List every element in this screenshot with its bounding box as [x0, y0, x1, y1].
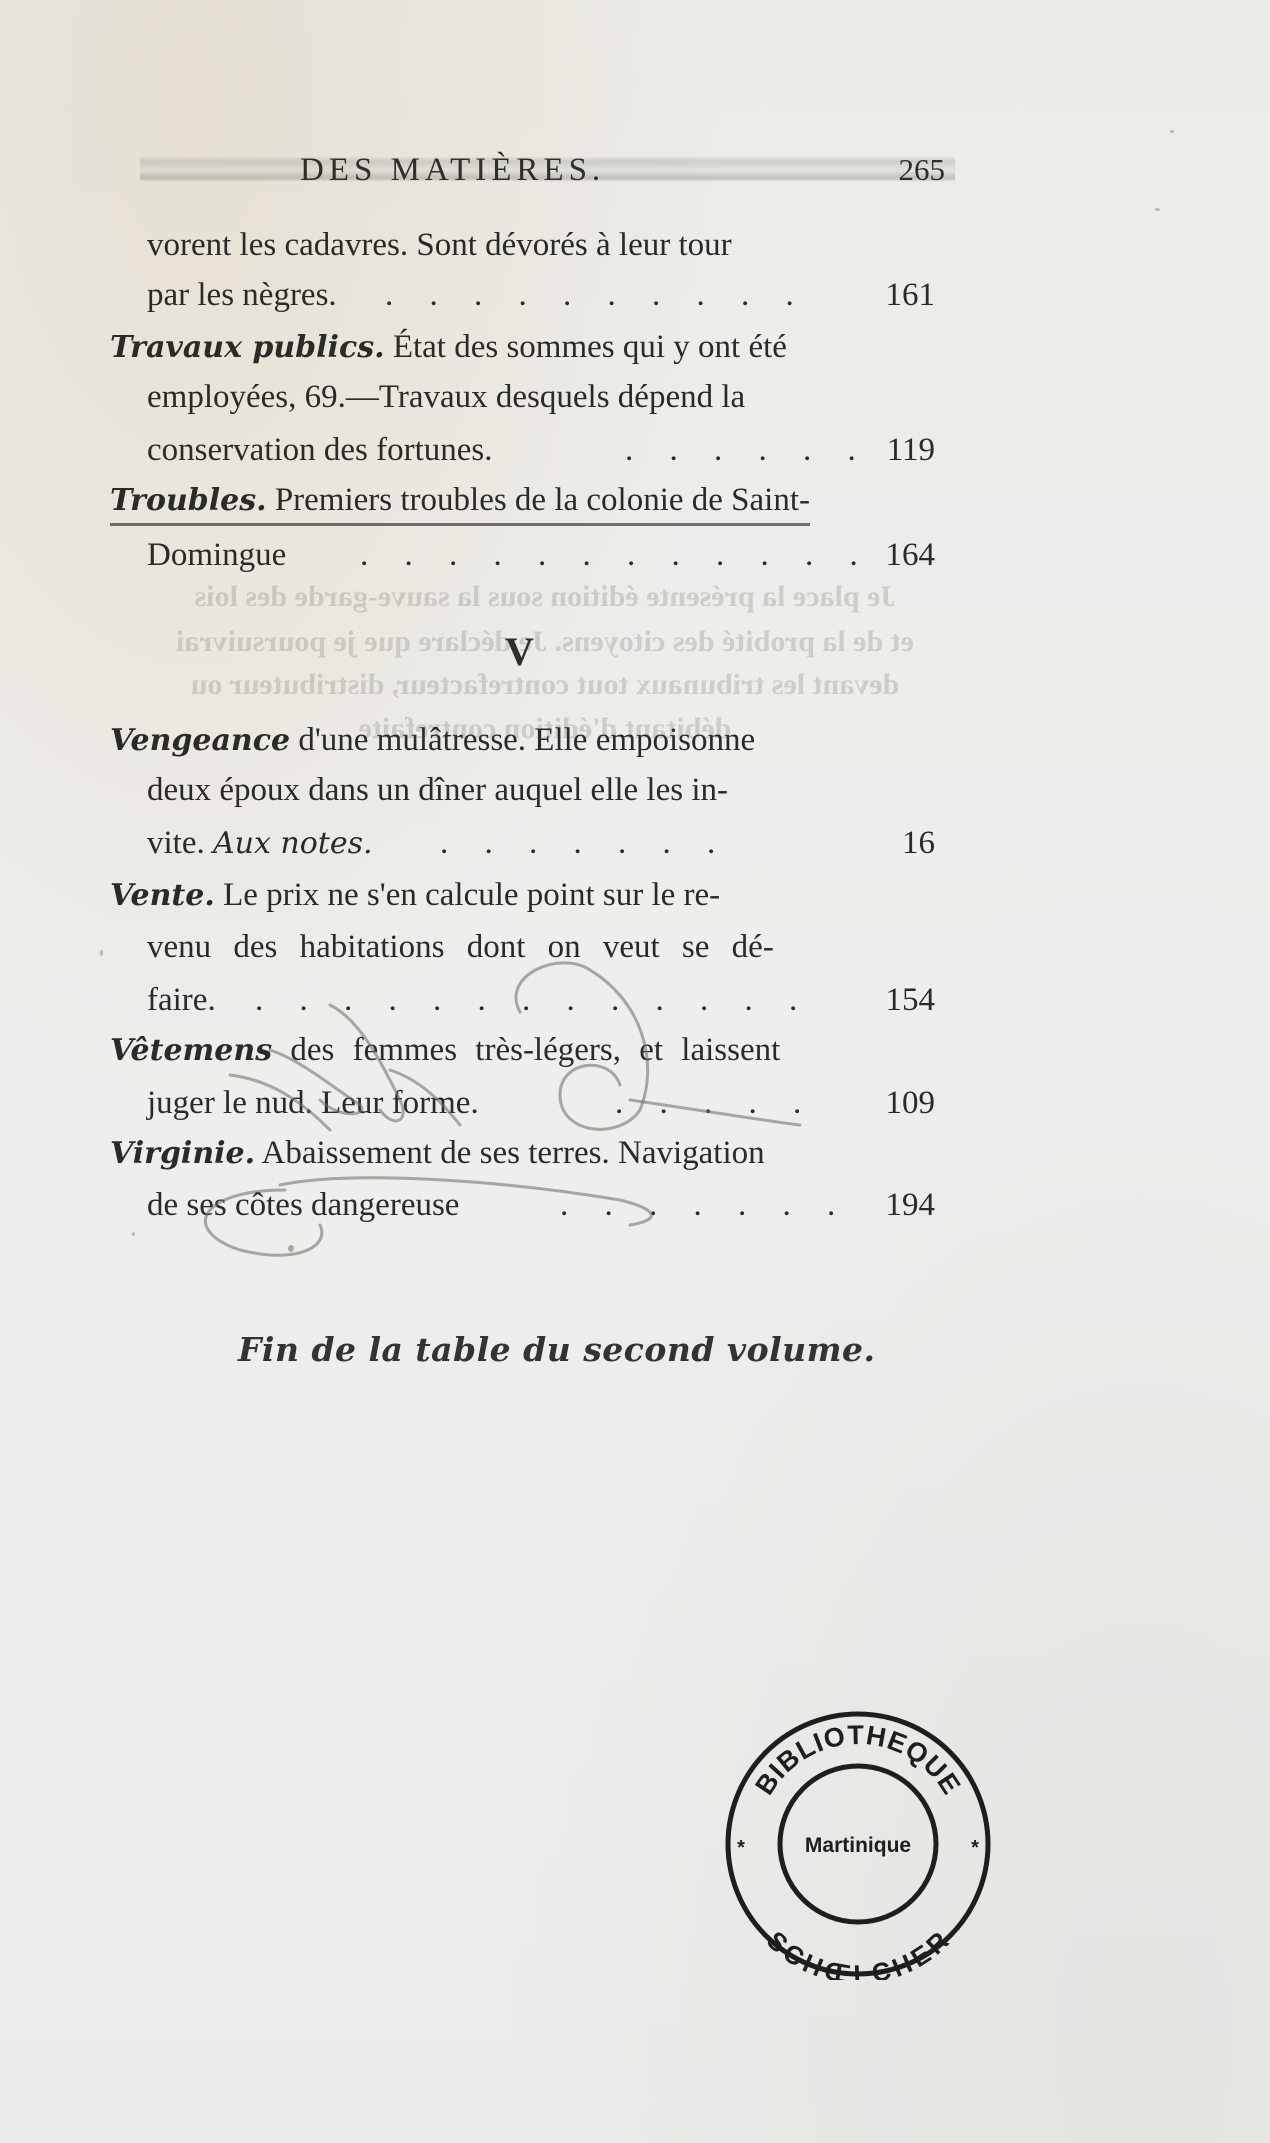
index-entry-text: d'une mulâtresse. Elle empoisonne: [290, 722, 755, 758]
index-term: Vengeance: [110, 723, 290, 758]
bleed-through-line: Je place la présente édition sous la sau…: [145, 580, 945, 614]
index-line: juger le nud. Leur forme. . . . . . 109: [0, 1081, 1270, 1125]
index-line-text: de ses côtes dangereuse: [147, 1183, 459, 1227]
index-line-text: vorent les cadavres. Sont dévorés à leur…: [147, 223, 732, 267]
index-line-text: Domingue: [147, 533, 286, 577]
bleed-through-line: devant les tribunaux tout contrefacteur,…: [145, 668, 945, 702]
index-line: conservation des fortunes. . . . . . . 1…: [0, 428, 1270, 472]
index-entry-content: Vente. Le prix ne s'en calcule point sur…: [110, 873, 720, 918]
section-letter: V: [505, 628, 534, 675]
index-line-text: deux époux dans un dîner auquel elle les…: [147, 768, 728, 812]
leader-dots: . . . . . . . . . . . .: [360, 533, 872, 577]
index-entry-text: Le prix ne s'en calcule point sur le re-: [215, 877, 720, 913]
paper-speck: [1170, 130, 1174, 133]
index-line: vorent les cadavres. Sont dévorés à leur…: [0, 223, 1270, 267]
index-line: deux époux dans un dîner auquel elle les…: [0, 768, 1270, 812]
index-line: venu des habitations dont on veut se dé-: [0, 925, 1270, 969]
stamp-bottom-text: SCHŒLCHER: [761, 1925, 955, 1980]
index-term: Travaux publics.: [110, 330, 385, 365]
index-line: de ses côtes dangereuse . . . . . . . 19…: [0, 1183, 1270, 1227]
library-stamp: BIBLIOTHEQUE SCHŒLCHER Martinique * *: [722, 1708, 994, 1980]
page-reference: 16: [902, 821, 935, 865]
index-line: employées, 69.—Travaux desquels dépend l…: [0, 375, 1270, 419]
index-line-text: faire.: [147, 978, 216, 1022]
leader-dots: . . . . . . . . . . . . .: [255, 978, 811, 1022]
index-line: par les nègres. . . . . . . . . . . 161: [0, 273, 1270, 317]
leader-dots: . . . . . . .: [440, 821, 729, 865]
index-line-text: juger le nud. Leur forme.: [147, 1081, 479, 1125]
index-entry: Virginie. Abaissement de ses terres. Nav…: [0, 1131, 1270, 1175]
index-entry-content: Vengeance d'une mulâtresse. Elle empoiso…: [110, 718, 755, 763]
index-entry: Troubles. Premiers troubles de la coloni…: [0, 478, 1270, 522]
index-entry: Vente. Le prix ne s'en calcule point sur…: [0, 873, 1270, 917]
index-entry-content: Vêtemens des femmes très-légers, et lais…: [110, 1028, 780, 1073]
italic-note: Aux notes.: [213, 826, 373, 861]
bleed-through-line: et de la probité des citoyens. Je déclar…: [145, 625, 945, 659]
index-term: Vêtemens: [110, 1033, 272, 1068]
index-line: Domingue . . . . . . . . . . . . 164: [0, 533, 1270, 577]
stamp-top-text: BIBLIOTHEQUE: [749, 1720, 966, 1800]
leader-dots: . . . . . . .: [560, 1183, 849, 1227]
leader-dots: . . . . . .: [625, 428, 870, 472]
svg-text:SCHŒLCHER: SCHŒLCHER: [761, 1925, 955, 1980]
index-line-text: conservation des fortunes.: [147, 428, 493, 472]
page-reference: 194: [886, 1183, 936, 1227]
index-entry: Vengeance d'une mulâtresse. Elle empoiso…: [0, 718, 1270, 762]
index-entry-content: Virginie. Abaissement de ses terres. Nav…: [110, 1131, 765, 1176]
index-entry-content: Travaux publics. État des sommes qui y o…: [110, 325, 787, 370]
leader-dots: . . . . .: [615, 1081, 815, 1125]
stamp-star-icon: *: [971, 1837, 979, 1859]
page-number: 265: [899, 150, 946, 190]
page-reference: 119: [887, 428, 935, 472]
index-term: Troubles.: [110, 483, 267, 518]
paper-speck: [288, 1245, 294, 1252]
running-head: DES MATIÈRES. 265: [140, 150, 955, 190]
paper-speck: [132, 1232, 135, 1236]
stamp-star-icon: *: [737, 1837, 745, 1859]
leader-dots: . . . . . . . . . .: [385, 273, 808, 317]
index-entry: Travaux publics. État des sommes qui y o…: [0, 325, 1270, 369]
index-line-text: par les nègres.: [147, 273, 337, 317]
index-term: Virginie.: [110, 1136, 255, 1171]
stamp-center-text: Martinique: [805, 1834, 911, 1857]
index-entry-text: Premiers troubles de la colonie de Saint…: [267, 482, 810, 518]
index-entry-text: État des sommes qui y ont été: [385, 329, 787, 365]
page-reference: 154: [886, 978, 936, 1022]
page-reference: 161: [886, 273, 936, 317]
index-line-text: employées, 69.—Travaux desquels dépend l…: [147, 375, 745, 419]
svg-text:BIBLIOTHEQUE: BIBLIOTHEQUE: [749, 1720, 966, 1800]
closing-note: Fin de la table du second volume.: [238, 1330, 876, 1369]
page-reference: 164: [886, 533, 936, 577]
index-line: faire. . . . . . . . . . . . . . 154: [0, 978, 1270, 1022]
index-entry-text: des femmes très-légers, et laissent: [272, 1032, 780, 1068]
index-line-text: vite.: [147, 825, 205, 861]
index-entry-content: Troubles. Premiers troubles de la coloni…: [110, 478, 810, 526]
page-reference: 109: [886, 1081, 936, 1125]
index-entry-text: Abaissement de ses terres. Navigation: [255, 1135, 765, 1171]
index-term: Vente.: [110, 878, 215, 913]
paper-speck: [1155, 208, 1160, 211]
index-entry: Vêtemens des femmes très-légers, et lais…: [0, 1028, 1270, 1072]
running-head-title: DES MATIÈRES.: [300, 150, 605, 190]
index-line-content: vite. Aux notes.: [147, 821, 373, 866]
index-line-text: venu des habitations dont on veut se dé-: [147, 925, 774, 969]
index-line: vite. Aux notes. . . . . . . . 16: [0, 821, 1270, 865]
